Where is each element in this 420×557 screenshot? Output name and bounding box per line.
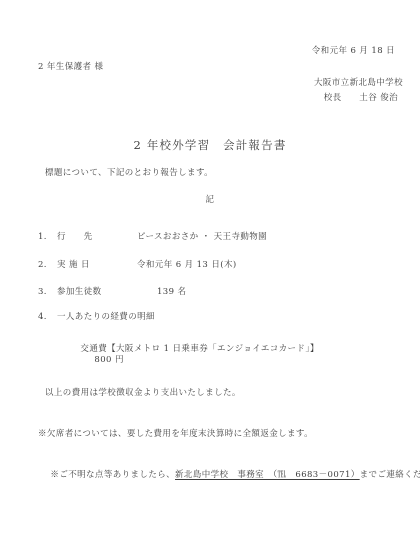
item-value: ピースおおさか ・ 天王寺動物園 (137, 232, 267, 243)
refund-note: ※欠席者については、要した費用を年度末決算時に全額返金します。 (38, 429, 313, 440)
item-label: 一人あたりの経費の明細 (57, 312, 155, 323)
document-title: 2 年校外学習 会計報告書 (0, 137, 420, 153)
item-label: 行 先 (57, 232, 137, 243)
expense-amount: 800 円 (94, 355, 123, 365)
list-item-date: 2. 実 施 日 令和元年 6 月 13 日(木) (38, 260, 237, 271)
payment-note: 以上の費用は学校徴収金より支出いたしました。 (45, 388, 241, 399)
item-label: 参加生徒数 (57, 287, 137, 298)
document-date: 令和元年 6 月 18 日 (312, 46, 395, 57)
item-number: 4. (38, 312, 57, 323)
contact-office-phone: 新北島中学校 事務室 （℡ 6683－0071） (175, 470, 360, 480)
list-item-destination: 1. 行 先 ピースおおさか ・ 天王寺動物園 (38, 232, 267, 243)
item-number: 2. (38, 260, 57, 271)
item-value: 令和元年 6 月 13 日(木) (137, 260, 237, 271)
intro-text: 標題について、下記のとおり報告します。 (45, 168, 213, 179)
contact-note: ※ご不明な点等ありましたら、新北島中学校 事務室 （℡ 6683－0071）まで… (38, 459, 420, 492)
item-number: 1. (38, 232, 57, 243)
addressee: 2 年生保護者 様 (38, 62, 103, 73)
contact-note-prefix: ※ご不明な点等ありましたら、 (50, 470, 175, 480)
list-item-expense-detail: 4. 一人あたりの経費の明細 (38, 312, 155, 323)
document-page: 令和元年 6 月 18 日 2 年生保護者 様 大阪市立新北島中学校 校長 土谷… (0, 0, 420, 557)
contact-note-suffix: までご連絡ください。 (360, 470, 420, 480)
record-mark: 記 (0, 195, 420, 206)
list-item-participants: 3. 参加生徒数 139 名 (38, 287, 186, 298)
item-number: 3. (38, 287, 57, 298)
school-name: 大阪市立新北島中学校 (314, 78, 403, 89)
expense-label: 交通費【大阪メトロ 1 日乗車券「エンジョイエコカード」】 (80, 344, 318, 354)
expense-line: 交通費【大阪メトロ 1 日乗車券「エンジョイエコカード」】 800 円 (68, 333, 319, 377)
principal-name: 校長 土谷 俊治 (324, 93, 398, 104)
item-label: 実 施 日 (57, 260, 137, 271)
item-value: 139 名 (157, 287, 186, 298)
